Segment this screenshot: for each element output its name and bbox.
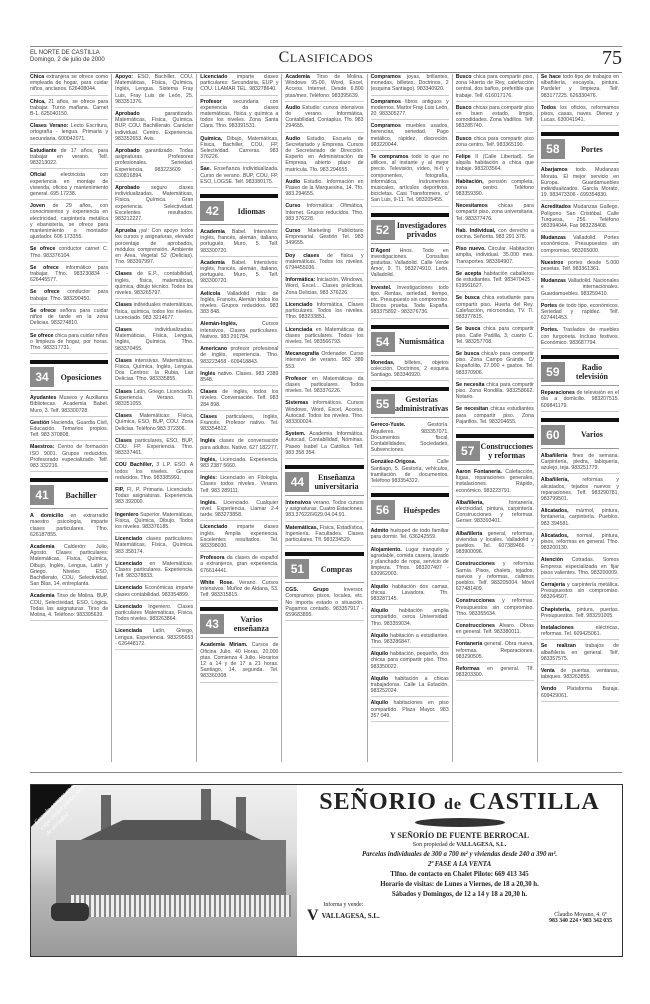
classified-ad: Clases de E.P., contabilidad, inglés, fí… <box>115 271 193 299</box>
ad-lead: Cerrajería <box>541 582 565 588</box>
ad-lead: Aprobado <box>115 111 140 117</box>
ad-lead: Se necesita <box>456 382 485 388</box>
house-photo: Cuando compre en construcción exija chal… <box>31 785 297 956</box>
ad-lead: Alquilo <box>371 633 389 639</box>
ad-lead: Aprobado <box>115 148 140 154</box>
ad-lead: Investel. <box>371 285 392 291</box>
section-name: Radio televisión <box>565 363 619 381</box>
ad-lead: Albañilería <box>456 531 483 537</box>
classified-ad: Se busca chica para compartir piso. Call… <box>456 326 534 348</box>
ad-text: FI, P. Primaria. Licenciado. Todas asign… <box>115 487 193 505</box>
ad-lead: Se ofrece <box>30 246 55 252</box>
section-name: Numismática <box>395 337 449 346</box>
classified-ad: Licenciado Informática. Clases particula… <box>285 302 363 324</box>
classified-ad: Aprueba ¡ya!: Con apoyo todos los cursos… <box>115 228 193 268</box>
classified-ad: Profesor en Matemáticas da clases partic… <box>285 376 363 398</box>
classified-ad: Academia Babel. Intensivos: inglés, fran… <box>200 229 278 257</box>
classified-ad: Sae. Enseñanza individualizada. Curso de… <box>200 166 278 188</box>
ad-lead: Construcciones <box>456 561 495 567</box>
ad-lead: Academia <box>30 593 55 599</box>
classified-ad: Se ofrece conductor para trabajar. Tfno.… <box>30 289 108 304</box>
classified-ad: Estudiante de 17 años, para trabajar en … <box>30 148 108 170</box>
classified-ad: Clases particulares, Inglés, Francés. Pr… <box>200 414 278 436</box>
ad-lead: Ingeniero <box>115 512 138 518</box>
classified-ad: Profesor secundaria con experiencia da c… <box>200 99 278 133</box>
classified-ad: Alicatados, normal, pintura, pisos, refo… <box>541 533 619 555</box>
section-header: 57Construcciones y reformas <box>456 434 534 465</box>
ad-lead: Curso <box>285 228 300 234</box>
ad-lead: Clases <box>200 414 217 420</box>
ad-lead: Aprobado <box>115 185 140 191</box>
classified-ad: Piso nuevo. Circular. Habitación amplia,… <box>456 246 534 268</box>
section-header: 58Portes <box>541 132 619 163</box>
ad-lead: Audio <box>285 105 300 111</box>
ad-lead: Reparaciones <box>541 390 575 396</box>
classified-ad: Hab. Individual, con derecho a cocina. S… <box>456 228 534 243</box>
section-name: Idiomas <box>224 207 278 216</box>
ad-lead: Maestros: <box>30 444 55 450</box>
ad-lead: Se busca <box>456 351 479 357</box>
section-name: Enseñanza universitaria <box>309 473 363 491</box>
classified-ad: Licenciado Económicas imparte clases con… <box>115 585 193 600</box>
classified-columns: Chica extranjera se ofrece como empleada… <box>30 74 622 762</box>
classified-ad: Inglés clases de conversación para adult… <box>200 438 278 453</box>
classified-ad: Se necesitan chicas estudiantes para com… <box>456 406 534 428</box>
section-name: Gestorías administrativas <box>395 395 449 413</box>
ad-lead: Reformas <box>456 666 480 672</box>
ad-lead: Mecanografía <box>285 351 318 357</box>
ad-lead: Americano <box>200 346 227 352</box>
classified-ad: Profesora da clases de español a extranj… <box>200 555 278 577</box>
ad-lead: Profesora <box>200 555 224 561</box>
classified-ad: Oficial electricista con experiencia en … <box>30 172 108 200</box>
ad-lead: Felipe <box>456 154 471 160</box>
ad-lead: Química, <box>200 136 222 142</box>
section-number: 52 <box>371 220 395 240</box>
newspaper-page: EL NORTE DE CASTILLA Domingo, 2 de julio… <box>30 46 622 73</box>
car-shape <box>51 903 89 921</box>
ad-lead: Construcciones <box>456 598 495 604</box>
classified-ad: Reformas en general. Tlf. 983203300. <box>456 666 534 681</box>
address-block: Claudio Moyano, 4. 6º 983 340 224 • 983 … <box>549 912 612 924</box>
classified-ad: Clases intensivas. Matemáticas, Física, … <box>115 358 193 386</box>
section-number: 60 <box>541 425 565 445</box>
ad-lead: Instalaciones <box>541 625 574 631</box>
classified-ad: Alquilo habitación dos camas, chicas. La… <box>371 584 449 606</box>
ad-lead: Ayudantes <box>30 395 56 401</box>
ad-lead: Inglés. <box>200 500 216 506</box>
classified-ad: Audio Estudio. Información en Paseo de l… <box>285 179 363 201</box>
ad-text: Cursos de Oficina Julio. 40 Horas, 20.00… <box>200 642 278 679</box>
classified-ad: Se hace todo tipo de trabajos en albañil… <box>541 74 619 102</box>
classified-ad: Informática: Iniciación, Windows, Word, … <box>285 277 363 299</box>
ad-lead: Portes. <box>541 327 559 333</box>
section-header: 42Idiomas <box>200 194 278 225</box>
section-header: 34Oposiciones <box>30 360 108 391</box>
classified-ad: Licenciada Latín, Griego, Lengua. Experi… <box>115 628 193 650</box>
ad-lead: Se busca <box>456 326 481 332</box>
classified-ad: Aprobado seguro clases individualizadas.… <box>115 185 193 225</box>
classified-ad: Albañilería, reformas y alicatados, teja… <box>541 477 619 505</box>
classified-ad: Busco chica para compartir piso zona cen… <box>456 136 534 151</box>
ad-lead: Academia <box>30 544 55 550</box>
classified-ad: Ayudantes Museos y Auxiliares Biblioteca… <box>30 395 108 417</box>
classified-ad: Maestros: Centro de formación ISO 9001. … <box>30 444 108 472</box>
classified-ad: Apoyo: ESO, Bachiller, COU. Matemáticas,… <box>115 74 193 108</box>
ad-lead: Construcciones <box>456 623 495 629</box>
ad-lead: Inglés <box>200 438 215 444</box>
ad-lead: Vendo <box>541 686 557 692</box>
classified-ad: Te compramos todo lo que no utilices, al… <box>371 154 449 207</box>
ad-lead: Clases <box>115 438 132 444</box>
classified-ad: Construcciones y reformas Sarnia. Pisos,… <box>456 561 534 595</box>
ad-lead: Aelícola <box>200 291 220 297</box>
section-name: Huéspedes <box>395 506 449 515</box>
classified-ad: Mudanzas Valladolid. Portes económicos. … <box>541 235 619 257</box>
section-name: Compras <box>309 565 363 574</box>
classified-ad: Licenciado Ingeniero. Clases particulare… <box>115 604 193 626</box>
ad-lead: Piso nuevo. <box>456 246 486 252</box>
column-5: Compramos joyas, brillantes, monedas, bi… <box>367 74 452 762</box>
classified-ad: Alicatados, mármol, pintura, fontanería,… <box>541 508 619 530</box>
section-header: 43Varios enseñanza <box>200 607 278 638</box>
ad-lead: Licenciado <box>200 524 227 530</box>
column-4: Academia Tirso de Molina. Windows 95-00,… <box>281 74 366 762</box>
ad-lead: Alquilo <box>371 676 389 682</box>
classified-ad: Atención Cotradas. Somos Empresa especia… <box>541 557 619 579</box>
classified-ad: Alquilo habitación a estudiantes. Tfno. … <box>371 633 449 648</box>
classified-ad: Academia Babel. Intensivos: inglés, fran… <box>200 260 278 288</box>
ad-lead: Profesor <box>200 99 221 105</box>
advertisement-text: SEÑORIO de CASTILLA Y SEÑORÍO DE FUENTE … <box>297 785 622 956</box>
classified-ad: Audio Estudio: cursos intensivos de vera… <box>285 105 363 133</box>
classified-ad: Alquilo habitaciones en piso compartido.… <box>371 700 449 722</box>
classified-ad: Vendo Plataforma Baraja. 609429061. <box>541 686 619 701</box>
section-number: 58 <box>541 139 565 159</box>
section-number: 43 <box>200 614 224 634</box>
ad-lead: Acreditados <box>541 204 571 210</box>
ad-text: de 29 años, con conocimientos y experien… <box>30 203 108 240</box>
ad-lead: Atención <box>541 557 563 563</box>
title-word-2: de <box>444 796 462 813</box>
section-name: Varios enseñanza <box>224 615 278 633</box>
section-header: 51Compras <box>285 552 363 583</box>
ad-lead: Portes <box>541 303 557 309</box>
classified-ad: Intensivos verano. Todos cursos y asigna… <box>285 500 363 522</box>
ad-lead: Se necesitan <box>456 406 488 412</box>
ad-lead: Academia Miriam. <box>200 642 247 648</box>
ad-lead: Sae. <box>200 166 211 172</box>
ad-lead: González-Origosa. <box>371 459 417 465</box>
ad-lead: Inglés <box>200 371 215 377</box>
classified-ad: Busco chicas para compartir piso en buen… <box>456 105 534 133</box>
classified-ad: Todos los oficios, reformamos pisos, cas… <box>541 105 619 127</box>
ad-lead: Albañilería, <box>456 500 484 506</box>
ad-lead: Aprueba <box>115 228 136 234</box>
classified-ad: Inglés nativo. Clases. 983 2389 8548. <box>200 371 278 386</box>
ad-lead: Audio <box>285 179 300 185</box>
ad-lead: Gereco-Yuste. <box>371 422 406 428</box>
ad-lead: Licenciado <box>115 585 142 591</box>
classified-ad: Albañilería general, reformas, viviendas… <box>456 531 534 559</box>
section-header: 55Gestorías administrativas <box>371 387 449 418</box>
advertisement-subtitle: Y SEÑORÍO DE FUENTE BERROCAL <box>297 831 622 840</box>
ad-lead: Mudanzas <box>541 278 566 284</box>
classified-ad: Alquilo habitación amplia compartido, ce… <box>371 608 449 630</box>
property-of: Son propiedad de VALLAGESA, S.L. <box>297 842 622 848</box>
classified-ad: Cerrajería y carpintería metálica. Presu… <box>541 582 619 604</box>
classified-ad: Chapistería, pintura, puertas. Presupues… <box>541 607 619 622</box>
ad-lead: Doy clases <box>285 253 319 259</box>
ad-lead: Compramos <box>371 123 401 129</box>
section-header: 56Huéspedes <box>371 493 449 524</box>
classified-ad: Reparaciones de televisión en el día a d… <box>541 390 619 412</box>
ad-lead: Licenciado <box>115 561 142 567</box>
ad-lead: Licenciada <box>285 327 312 333</box>
classified-ad: Fontanería general. Obra nueva, reformas… <box>456 641 534 663</box>
classified-ad: Inglés, Licenciada. Experiencia. 983 238… <box>200 457 278 472</box>
classified-ad: Abarjamos todo. Mudanzas Morata. El mejo… <box>541 167 619 201</box>
ad-lead: Clases <box>115 413 132 419</box>
section-header: 52Investigadores privados <box>371 213 449 244</box>
ad-lead: Gestión <box>30 420 49 426</box>
ad-lead: Chapistería, <box>541 607 571 613</box>
ad-lead: Sistemas <box>285 400 308 406</box>
classified-ad: Se ofrece conductor carnet C. Tfno. 9833… <box>30 246 108 261</box>
classified-ad: Academia Calderón: Julio, Agosto. Clases… <box>30 544 108 590</box>
classified-ad: Compramos joyas, brillantes, monedas, bi… <box>371 74 449 96</box>
company-logo: VVALLAGESA, S.L. <box>307 908 380 924</box>
ad-lead: Venta <box>541 668 555 674</box>
ad-lead: Se hace <box>541 74 561 80</box>
classified-ad: System. Academia Informática. Autocad, C… <box>285 431 363 459</box>
section-name: Oposiciones <box>54 373 108 382</box>
ad-lead: Nuestros <box>541 260 564 266</box>
ad-lead: Intensivos <box>285 500 311 506</box>
ad-text: seguro clases individualizadas. Matemáti… <box>115 185 193 222</box>
ad-lead: Se busca <box>456 295 480 301</box>
column-7: Se hace todo tipo de trabajos en albañil… <box>537 74 622 762</box>
classified-ad: Felipe II (Calle Libertad). Se alquila h… <box>456 154 534 176</box>
classified-ad: Clases Latín, Griego. Licenciado. Experi… <box>115 389 193 411</box>
section-title: CLASIFICADOS <box>30 49 622 67</box>
ad-lead: Audio <box>285 136 300 142</box>
classified-ad: Se acepta habitación caballeros de estud… <box>456 271 534 293</box>
ad-lead: Curso <box>285 203 300 209</box>
classified-ad: Aaron Fontanería. Calefacción, fugas, re… <box>456 469 534 497</box>
ad-lead: Clases <box>115 389 132 395</box>
classified-ad: Academia Tirso de Molina. BUP, COU, Sele… <box>30 593 108 621</box>
classified-ad: Academia Tirso de Molina. Windows 95-00,… <box>285 74 363 102</box>
classified-ad: CGS. Grupo Inversor. Compramos pisos, lo… <box>285 587 363 621</box>
classified-ad: Ingeniero Superior. Matemáticas, Física,… <box>115 512 193 534</box>
column-2: Apoyo: ESO, Bachiller, COU. Matemáticas,… <box>111 74 196 762</box>
weekday-hours: Horario de visitas: de Lunes a Viernes, … <box>297 881 622 888</box>
ad-lead: FIP, <box>115 487 124 493</box>
page-number: 75 <box>602 47 622 70</box>
ad-lead: Licenciado <box>115 604 142 610</box>
ad-lead: COU Bachiller, <box>115 462 153 468</box>
ad-lead: Inglés: <box>200 475 217 481</box>
section-name: Bachiller <box>54 491 108 500</box>
advertisement-footer: Informa y vende: VVALLAGESA, S.L. Claudi… <box>297 898 622 924</box>
ad-lead: Academia <box>200 229 225 235</box>
ad-lead: Albañilería, <box>541 477 569 483</box>
classified-ad: Alquilo habitación, pequeño, dos chicas … <box>371 651 449 673</box>
section-number: 41 <box>30 485 54 505</box>
section-header: 41Bachiller <box>30 478 108 509</box>
ad-lead: Te compramos <box>371 154 409 160</box>
ad-lead: Informática: <box>285 277 315 283</box>
ad-lead: Se ofrece <box>30 289 60 295</box>
company-phones: 983 340 224 • 983 342 035 <box>549 918 612 924</box>
fence-shape <box>71 895 291 917</box>
classified-ad: Aprobado garantizado. Todas asignaturas.… <box>115 148 193 182</box>
classified-ad: Aprobado garantizado. Matemáticas, Físic… <box>115 111 193 145</box>
classified-ad: Alojamiento. Lugar tranquilo y agradable… <box>371 547 449 581</box>
section-number: 51 <box>285 559 309 579</box>
ad-lead: Habitación, <box>456 179 484 185</box>
section-number: 55 <box>371 394 395 414</box>
classified-ad: Nuestros portes desde 5.000 pesetas. Tel… <box>541 260 619 275</box>
classified-ad: Instalaciones eléctricas, reformas. Tel.… <box>541 625 619 640</box>
ad-lead: Licenciada <box>115 628 142 634</box>
classified-ad: Investel. Investigaciones todo tipo. Ren… <box>371 285 449 319</box>
classified-ad: Curso Marketing Publicitario Empresarial… <box>285 228 363 250</box>
classified-ad: Acreditados Mudanzas Gallego. Polígono S… <box>541 204 619 232</box>
classified-ad: White Rose. Verano. Cursos intensivos. M… <box>200 580 278 602</box>
classified-ad: Alquilo habitación a chicas trabajadoras… <box>371 676 449 698</box>
column-1: Chica extranjera se ofrece como empleada… <box>30 74 111 762</box>
section-title-initial: C <box>279 49 290 66</box>
classified-ad: Licenciado imparte clases inglés. Amplia… <box>200 524 278 552</box>
classified-ad: Licenciada en Matemáticas da clases part… <box>285 327 363 349</box>
ad-lead: Alicatados, <box>541 533 569 539</box>
section-title-rest: LASIFICADOS <box>290 51 374 65</box>
classified-ad: Se necesita chica para compartir piso. Z… <box>456 382 534 404</box>
classified-ad: Monedas, billetes, objetos colección. Do… <box>371 360 449 382</box>
classified-ad: Compramos libros antiguos y modernos. Ma… <box>371 99 449 121</box>
classified-ad: Joven de 29 años, con conocimientos y ex… <box>30 203 108 243</box>
section-number: 54 <box>371 332 395 352</box>
classified-ad: Clases Verano: Lecto Escritura, ortograf… <box>30 123 108 145</box>
classified-ad: Clases Matemáticas: Física, Química, ESO… <box>115 413 193 435</box>
section-number: 57 <box>456 441 480 461</box>
ad-lead: Todos <box>541 105 556 111</box>
ad-lead: Alquilo <box>371 584 389 590</box>
property-of-label: Son propiedad de <box>413 842 455 848</box>
classified-ad: Construcciones y reformas. Presupuestos … <box>456 598 534 620</box>
section-number: 56 <box>371 500 395 520</box>
section-header: 59Radio televisión <box>541 355 619 386</box>
classified-ad: Clases individuales matemáticas, física,… <box>115 302 193 324</box>
vallagesa-logo-icon: V <box>307 908 319 924</box>
ad-lead: Busco <box>456 105 472 111</box>
classified-ad: Portes. Traslados de muebles con furgone… <box>541 327 619 349</box>
classified-ad: Compramos muebles usados, herencias, ser… <box>371 123 449 151</box>
classified-ad: Chica extranjera se ofrece como empleada… <box>30 74 108 96</box>
ad-lead: Admito <box>371 528 389 534</box>
classified-ad: FIP, FI, P. Primaria. Licenciado. Todas … <box>115 487 193 509</box>
classified-ad: Se realizan trabajos de albañilería en g… <box>541 643 619 665</box>
classified-ad: Se busca chica/o para compartir piso. Zo… <box>456 351 534 379</box>
classified-ad: Portes de todo tipo, económicos. Serieda… <box>541 303 619 325</box>
ad-lead: Clases <box>200 389 217 395</box>
classified-ad: Aelícola Valladolid más de Inglés, Franc… <box>200 291 278 319</box>
ad-text: Estudio. Escuela de Secretariado y Empre… <box>285 136 363 173</box>
classified-ad: Busco chica para compartir piso, zona Hu… <box>456 74 534 102</box>
ad-lead: Alojamiento. <box>371 547 402 553</box>
classified-ad: Curso Informática: Ofimática, Internet. … <box>285 203 363 225</box>
section-name: Varios <box>565 430 619 439</box>
section-name: Construcciones y reformas <box>480 442 534 460</box>
classified-ad: Albañilería, fontanería, electricidad, p… <box>456 500 534 528</box>
classified-ad: Se busca chica estudiante para compartir… <box>456 295 534 323</box>
ad-lead: Licenciado <box>200 74 227 80</box>
section-header: 44Enseñanza universitaria <box>285 465 363 496</box>
ad-lead: Se ofrece <box>30 333 53 339</box>
ad-lead: Compramos <box>371 74 401 80</box>
classified-ad: Admito huésped de todo familiar para dor… <box>371 528 449 543</box>
section-name: Investigadores privados <box>395 221 449 239</box>
plots-info: Parcelas individuales de 300 a 700 m² y … <box>297 851 622 858</box>
ad-lead: Licenciado <box>115 536 142 542</box>
ad-lead: Academia <box>200 260 225 266</box>
classified-ad: D'Agent Hnos. Todo en investigaciones. C… <box>371 248 449 282</box>
classified-ad: Inglés. Licenciado. Cualquier nivel. Exp… <box>200 500 278 522</box>
ad-lead: Abarjamos <box>541 167 568 173</box>
company-name: VALLAGESA, S.L. <box>322 912 380 920</box>
weekend-hours: Sábados y Domingos, de 12 a 14 y 18 a 20… <box>297 891 622 898</box>
classified-ad: Clases de inglés, todos los niveles. Con… <box>200 389 278 411</box>
column-6: Busco chica para compartir piso, zona Hu… <box>452 74 537 762</box>
section-number: 34 <box>30 367 54 387</box>
ad-lead: System. <box>285 431 305 437</box>
seller-block: Informa y vende: VVALLAGESA, S.L. <box>307 902 380 924</box>
classified-ad: González-Origosa. Calle Santiago, 5. Ges… <box>371 459 449 487</box>
real-estate-advertisement[interactable]: Cuando compre en construcción exija chal… <box>30 784 623 957</box>
ad-lead: Albañilería <box>541 453 568 459</box>
ad-text: ¡ya!: Con apoyo todos los cursos y asign… <box>115 228 193 265</box>
classified-ad: Licenciado en Matemáticas. Clases partic… <box>115 561 193 583</box>
classified-ad: Mudanzas Valladolid. Nacionales e intern… <box>541 278 619 300</box>
classified-ad: Sistemas informáticos. Cursos Windows, W… <box>285 400 363 428</box>
page-header: EL NORTE DE CASTILLA Domingo, 2 de julio… <box>30 46 622 73</box>
ad-lead: Clases <box>115 358 132 364</box>
classified-ad: Clases particulares, ESO, BUP, COU. FP. … <box>115 438 193 460</box>
ad-lead: Se ofrece <box>30 308 56 314</box>
sale-phase: 2ª FASE A LA VENTA <box>297 861 622 868</box>
section-number: 44 <box>285 472 309 492</box>
classified-ad: Academia Miriam. Cursos de Oficina Julio… <box>200 642 278 682</box>
ad-lead: Chica <box>30 74 44 80</box>
classified-ad: Necesitamos chicas para compartir piso, … <box>456 203 534 225</box>
classified-ad: Matemáticas, Física, Estadística, Ingeni… <box>285 525 363 547</box>
ad-lead: Se realizan <box>541 643 576 649</box>
ad-lead: Monedas, <box>371 360 395 366</box>
title-word-3: CASTILLA <box>469 789 600 815</box>
ad-text: Calderón: Julio, Agosto. Clases particul… <box>30 544 108 587</box>
ad-lead: Fontanería <box>456 641 483 647</box>
classified-ad: Clases individualizadas. Matemáticas, Fí… <box>115 327 193 355</box>
ad-lead: Joven <box>30 203 45 209</box>
classified-ad: Mecanografía Ordenador. Curso intensivo … <box>285 351 363 373</box>
ad-lead: Clases Verano: <box>30 123 68 129</box>
ad-lead: Inglés, <box>200 457 216 463</box>
ad-lead: Necesitamos <box>456 203 488 209</box>
ad-lead: Profesor <box>285 376 306 382</box>
ad-lead: Licenciado <box>285 302 312 308</box>
